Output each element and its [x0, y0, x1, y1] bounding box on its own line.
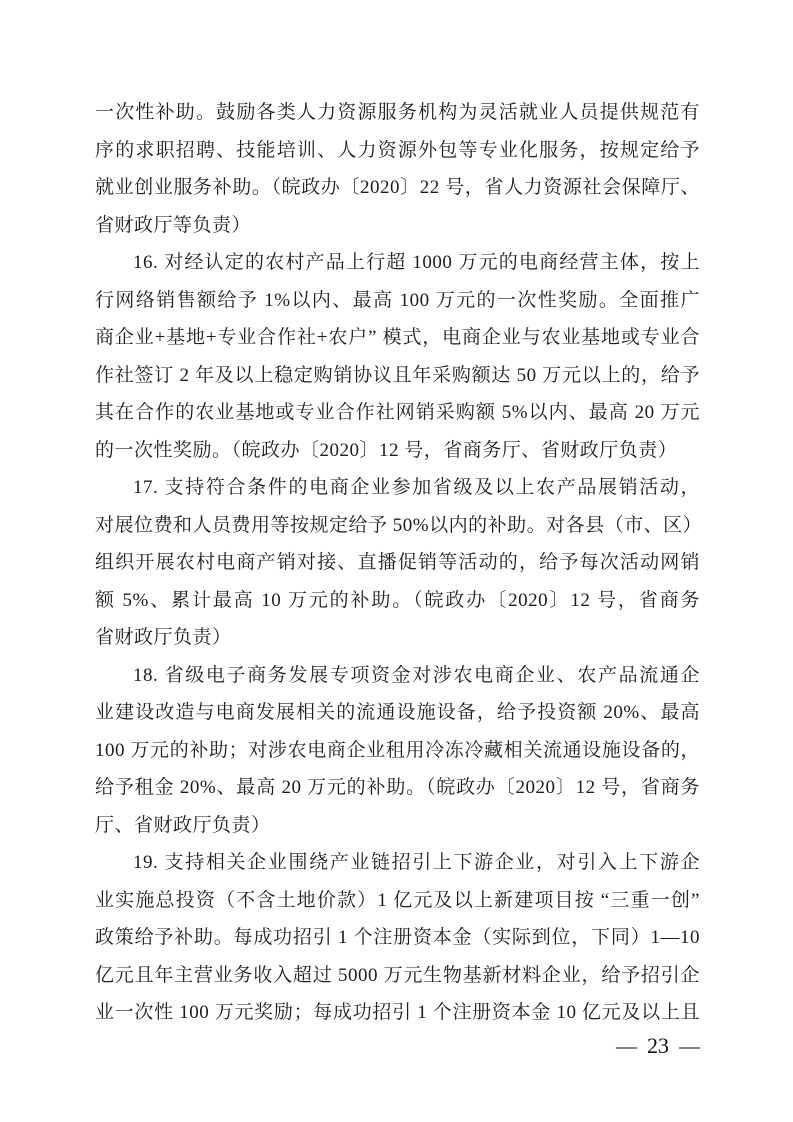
paragraph-item-19: 19. 支持相关企业围绕产业链招引上下游企业，对引入上下游企 业实施总投资（不含…: [95, 844, 700, 1032]
text-line: 组织开展农村电商产销对接、直播促销等活动的，给予每次活动网销: [95, 544, 700, 582]
text-line: 业一次性 100 万元奖励；每成功招引 1 个注册资本金 10 亿元及以上且: [95, 994, 700, 1032]
text-line: 就业创业服务补助。（皖政办〔2020〕22 号，省人力资源社会保障厅、: [95, 169, 700, 207]
text-line: 业建设改造与电商发展相关的流通设施设备，给予投资额 20%、最高: [95, 694, 700, 732]
text-line: 行网络销售额给予 1%以内、最高 100 万元的一次性奖励。全面推广“电: [95, 282, 700, 320]
text-line: 省财政厅负责）: [95, 619, 700, 657]
footer-left-dash: —: [616, 1034, 637, 1059]
page-body-text: 一次性补助。鼓励各类人力资源服务机构为灵活就业人员提供规范有 序的求职招聘、技能…: [95, 94, 700, 1032]
paragraph-continuation: 一次性补助。鼓励各类人力资源服务机构为灵活就业人员提供规范有 序的求职招聘、技能…: [95, 94, 700, 244]
text-line: 厅、省财政厅负责）: [95, 807, 700, 845]
document-page: 一次性补助。鼓励各类人力资源服务机构为灵活就业人员提供规范有 序的求职招聘、技能…: [0, 0, 793, 1122]
text-line: 序的求职招聘、技能培训、人力资源外包等专业化服务，按规定给予: [95, 132, 700, 170]
text-line: 的一次性奖励。（皖政办〔2020〕12 号，省商务厅、省财政厅负责）: [95, 432, 700, 470]
text-line: 17. 支持符合条件的电商企业参加省级及以上农产品展销活动，: [95, 469, 700, 507]
footer-right-dash: —: [679, 1034, 700, 1059]
text-line: 作社签订 2 年及以上稳定购销协议且年采购额达 50 万元以上的，给予: [95, 357, 700, 395]
text-line: 政策给予补助。每成功招引 1 个注册资本金（实际到位，下同）1—10: [95, 919, 700, 957]
text-line: 亿元且年主营业务收入超过 5000 万元生物基新材料企业，给予招引企: [95, 957, 700, 995]
text-line: 对展位费和人员费用等按规定给予 50%以内的补助。对各县（市、区）: [95, 507, 700, 545]
text-line: 商企业+基地+专业合作社+农户” 模式，电商企业与农业基地或专业合: [95, 319, 700, 357]
text-line: 省财政厅等负责）: [95, 207, 700, 245]
text-line: 其在合作的农业基地或专业合作社网销采购额 5%以内、最高 20 万元: [95, 394, 700, 432]
text-line: 18. 省级电子商务发展专项资金对涉农电商企业、农产品流通企: [95, 657, 700, 695]
paragraph-item-16: 16. 对经认定的农村产品上行超 1000 万元的电商经营主体，按上 行网络销售…: [95, 244, 700, 469]
text-line: 19. 支持相关企业围绕产业链招引上下游企业，对引入上下游企: [95, 844, 700, 882]
text-line: 16. 对经认定的农村产品上行超 1000 万元的电商经营主体，按上: [95, 244, 700, 282]
text-line: 一次性补助。鼓励各类人力资源服务机构为灵活就业人员提供规范有: [95, 94, 700, 132]
paragraph-item-18: 18. 省级电子商务发展专项资金对涉农电商企业、农产品流通企 业建设改造与电商发…: [95, 657, 700, 845]
paragraph-item-17: 17. 支持符合条件的电商企业参加省级及以上农产品展销活动， 对展位费和人员费用…: [95, 469, 700, 657]
text-line: 给予租金 20%、最高 20 万元的补助。（皖政办〔2020〕12 号，省商务: [95, 769, 700, 807]
text-line: 额 5%、累计最高 10 万元的补助。（皖政办〔2020〕12 号，省商务厅、: [95, 582, 700, 620]
text-line: 业实施总投资（不含土地价款）1 亿元及以上新建项目按 “三重一创”: [95, 882, 700, 920]
page-number: 23: [647, 1033, 669, 1059]
page-footer: —23—: [95, 1033, 700, 1059]
text-line: 100 万元的补助；对涉农电商企业租用冷冻冷藏相关流通设施设备的，: [95, 732, 700, 770]
